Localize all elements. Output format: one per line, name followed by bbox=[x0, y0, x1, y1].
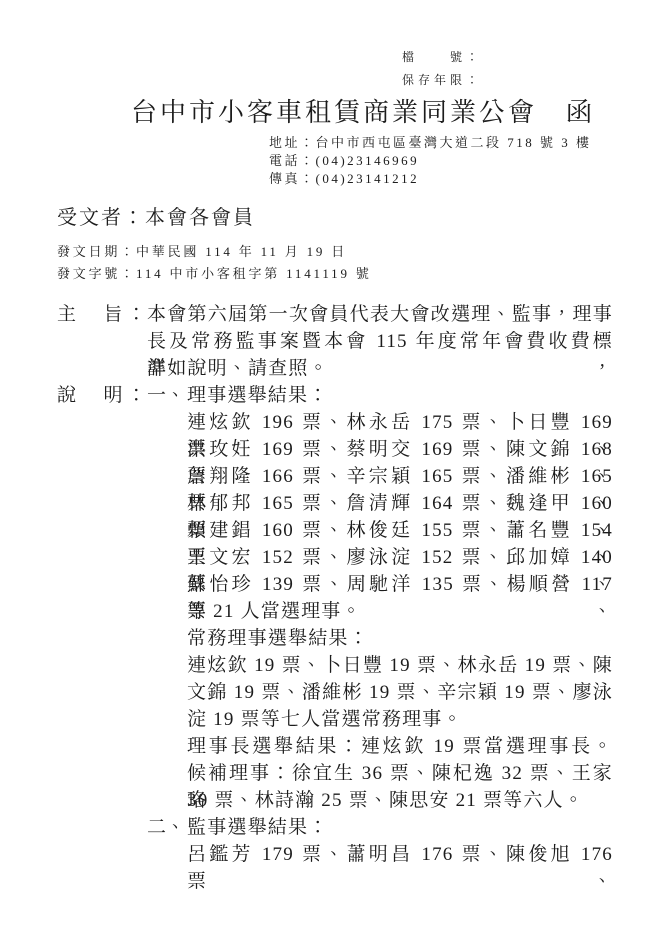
subject-line: 長及常務監事案暨本會 115 年度常年會費收費標準， bbox=[147, 328, 613, 355]
fax-line: 傳真：(04)23141212 bbox=[269, 170, 592, 188]
body-line: 呂鑑芳 179 票、蕭明昌 176 票、陳俊旭 176 票、 bbox=[187, 841, 613, 868]
document-page: 檔 號： 保存年限： 台中市小客車租賃商業同業公會 函 地址：台中市西屯區臺灣大… bbox=[0, 0, 666, 937]
item-2-body: 監事選舉結果： 呂鑑芳 179 票、蕭明昌 176 票、陳俊旭 176 票、 bbox=[187, 814, 613, 868]
issue-date-line: 發文日期：中華民國 114 年 11 月 19 日 bbox=[57, 241, 372, 263]
explanation-item-2: 二、 監事選舉結果： 呂鑑芳 179 票、蕭明昌 176 票、陳俊旭 176 票… bbox=[147, 814, 613, 868]
body-line: 詹翔隆 166 票、辛宗穎 165 票、潘維彬 165 票、 bbox=[187, 463, 613, 490]
subject-line: 本會第六屆第一次會員代表大會改選理、監事，理事 bbox=[147, 301, 613, 328]
address-line: 地址：台中市西屯區臺灣大道二段 718 號 3 樓 bbox=[269, 134, 592, 152]
body-line: 王文宏 152 票、廖泳淀 152 票、邱加嫜 140 票、 bbox=[187, 544, 613, 571]
subject-label: 主 旨： bbox=[57, 301, 147, 328]
item-1-heading: 理事選舉結果： bbox=[187, 382, 613, 409]
body-line: 林郁邦 165 票、詹清輝 164 票、魏逢甲 160 票、 bbox=[187, 490, 613, 517]
document-title: 台中市小客車租賃商業同業公會 函 bbox=[131, 92, 595, 129]
explanation-content: 一、 理事選舉結果： 連炫欽 196 票、林永岳 175 票、卜日豐 169 票… bbox=[147, 382, 613, 868]
contact-block: 地址：台中市西屯區臺灣大道二段 718 號 3 樓 電話：(04)2314696… bbox=[269, 134, 592, 188]
meta-block: 發文日期：中華民國 114 年 11 月 19 日 發文字號：114 中市小客租… bbox=[57, 241, 372, 285]
body-line: 淀 19 票等七人當選常務理事。 bbox=[187, 706, 613, 733]
body-line: 連炫欽 196 票、林永岳 175 票、卜日豐 169 票、 bbox=[187, 409, 613, 436]
body-line: 連炫欽 19 票、卜日豐 19 票、林永岳 19 票、陳 bbox=[187, 652, 613, 679]
subject-section: 主 旨： 本會第六屆第一次會員代表大會改選理、監事，理事 長及常務監事案暨本會 … bbox=[57, 301, 613, 382]
body-line: 理事長選舉結果：連炫欽 19 票當選理事長。 bbox=[187, 733, 613, 760]
retention-period-label: 保存年限： bbox=[402, 69, 482, 92]
body-line: 賴建錩 160 票、林俊廷 155 票、蕭名豐 154 票、 bbox=[187, 517, 613, 544]
document-body: 主 旨： 本會第六屆第一次會員代表大會改選理、監事，理事 長及常務監事案暨本會 … bbox=[57, 301, 613, 868]
body-line: 候補理事：徐宜生 36 票、陳杞逸 32 票、王家珞 bbox=[187, 760, 613, 787]
body-line: 洪玫妊 169 票、蔡明交 169 票、陳文錦 168 票、 bbox=[187, 436, 613, 463]
body-line: 文錦 19 票、潘維彬 19 票、辛宗穎 19 票、廖泳 bbox=[187, 679, 613, 706]
recipient-line: 受文者：本會各會員 bbox=[57, 201, 255, 230]
item-2-marker: 二、 bbox=[147, 814, 187, 841]
body-line: 常務理事選舉結果： bbox=[187, 625, 613, 652]
body-line: 蘇怡珍 139 票、周馳洋 135 票、楊順營 117 票、 bbox=[187, 571, 613, 598]
doc-number-line: 發文字號：114 中市小客租字第 1141119 號 bbox=[57, 263, 372, 285]
item-2-heading: 監事選舉結果： bbox=[187, 814, 613, 841]
file-header: 檔 號： 保存年限： bbox=[402, 46, 482, 92]
explanation-item-1: 一、 理事選舉結果： 連炫欽 196 票、林永岳 175 票、卜日豐 169 票… bbox=[147, 382, 613, 814]
item-1-marker: 一、 bbox=[147, 382, 187, 409]
item-1-body: 理事選舉結果： 連炫欽 196 票、林永岳 175 票、卜日豐 169 票、 洪… bbox=[187, 382, 613, 814]
subject-content: 本會第六屆第一次會員代表大會改選理、監事，理事 長及常務監事案暨本會 115 年… bbox=[147, 301, 613, 382]
body-line: 30 票、林詩瀚 25 票、陳思安 21 票等六人。 bbox=[187, 787, 613, 814]
explanation-section: 說 明： 一、 理事選舉結果： 連炫欽 196 票、林永岳 175 票、卜日豐 … bbox=[57, 382, 613, 868]
explanation-label: 說 明： bbox=[57, 382, 147, 409]
phone-line: 電話：(04)23146969 bbox=[269, 152, 592, 170]
file-number-label: 檔 號： bbox=[402, 46, 482, 69]
